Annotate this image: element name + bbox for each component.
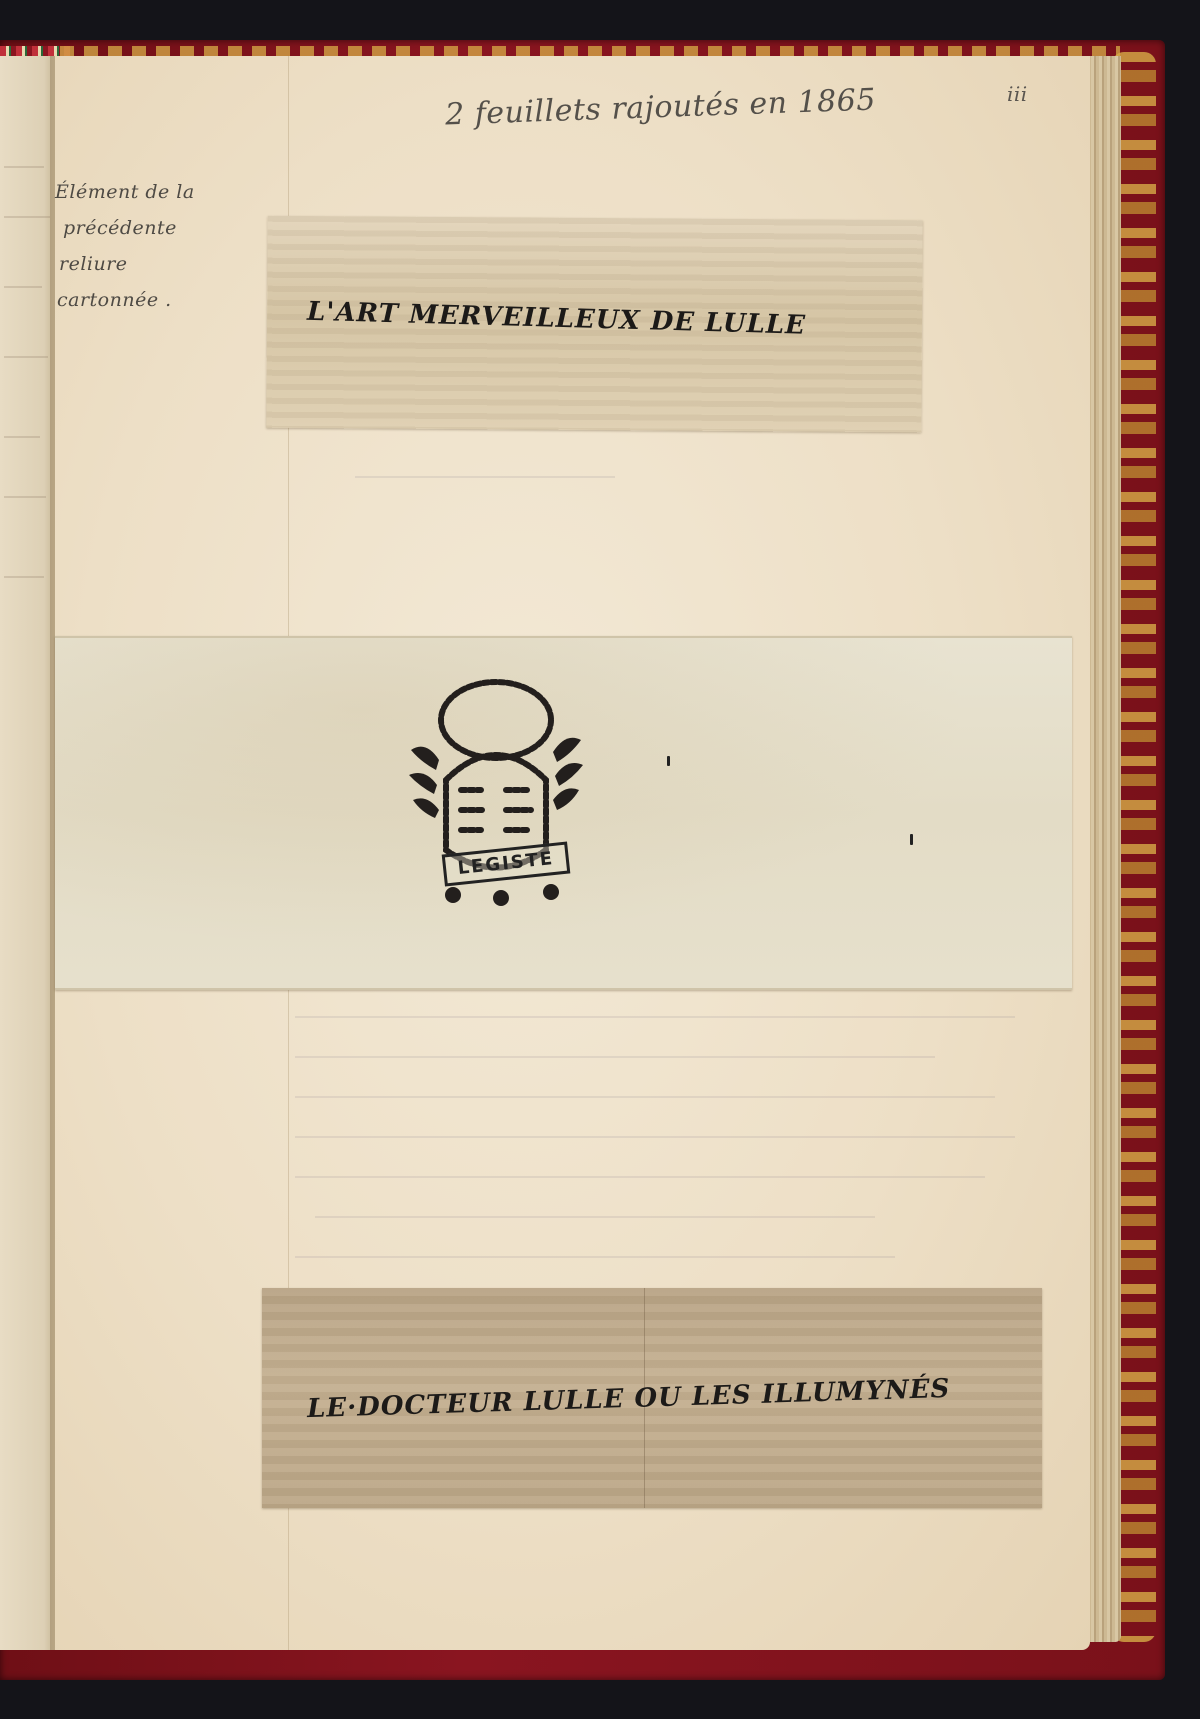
margin-line-3: reliure: [55, 246, 245, 282]
coat-of-arms-stamp-icon: LEGISTE: [401, 670, 591, 915]
pasted-label-1: L'ART MERVEILLEUX DE LULLE: [266, 216, 922, 433]
label-3-title: LE·DOCTEUR LULLE OU LES ILLUMYNÉS: [307, 1374, 951, 1424]
ink-speck: [910, 834, 913, 845]
margin-line-4: cartonnée .: [55, 282, 245, 318]
pasted-label-2: LEGISTE: [55, 636, 1072, 990]
label-1-title: L'ART MERVEILLEUX DE LULLE: [307, 297, 807, 341]
folio-number: iii: [1007, 82, 1028, 106]
margin-line-2: précédente: [55, 210, 245, 246]
pasted-label-3: LE·DOCTEUR LULLE OU LES ILLUMYNÉS: [262, 1288, 1042, 1508]
left-page-verso: [0, 56, 55, 1650]
margin-annotation: Élément de la précédente reliure cartonn…: [55, 174, 245, 318]
margin-line-1: Élément de la: [55, 174, 245, 210]
top-annotation: 2 feuillets rajoutés en 1865: [445, 82, 877, 132]
ink-speck: [667, 756, 670, 766]
recto-page: 2 feuillets rajoutés en 1865 iii Élément…: [55, 56, 1090, 1650]
